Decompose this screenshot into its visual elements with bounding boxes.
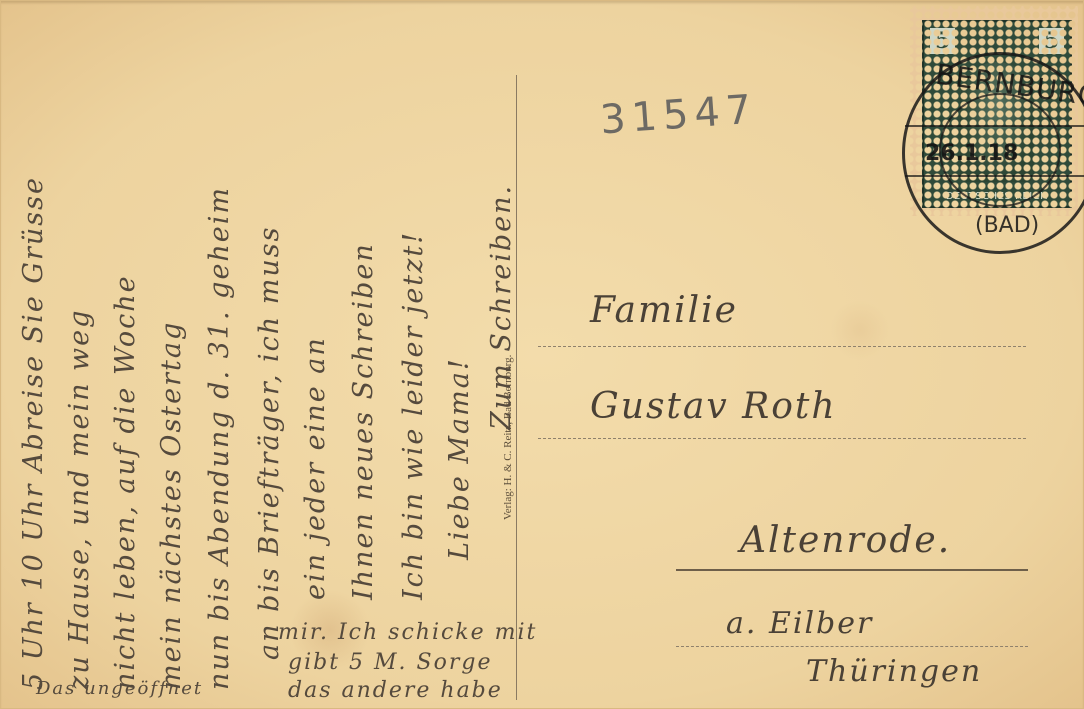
- address-rule: [538, 438, 1026, 439]
- message-footer-line: mir. Ich schicke mit: [278, 620, 537, 645]
- address-line-4: a. Eilber: [726, 606, 873, 641]
- message-footer-line: das andere habe: [288, 678, 503, 703]
- message-line: zu Hause, und mein weg: [64, 309, 95, 690]
- postmark-suffix: (BAD): [975, 213, 1039, 238]
- message-line: mein nächstes Ostertag: [156, 321, 187, 690]
- address-rule: [538, 346, 1026, 347]
- address-rule: [676, 646, 1028, 647]
- message-area: Zum Schreiben. Liebe Mama! Ich bin wie l…: [8, 0, 508, 709]
- message-line: Ihnen neues Schreiben: [348, 242, 379, 600]
- message-line: nun bis Abendung d. 31. geheim: [204, 186, 235, 690]
- postmark-bar: [905, 125, 1084, 127]
- postmark-bar: [905, 175, 1084, 177]
- message-line: Ich bin wie leider jetzt!: [398, 231, 429, 600]
- address-line-3: Altenrode.: [740, 520, 951, 561]
- message-footer-line: gibt 5 M. Sorge: [288, 650, 492, 675]
- postcard-back: Zum Schreiben. Liebe Mama! Ich bin wie l…: [0, 0, 1084, 709]
- publisher-imprint: Verlag: H. & C. Reitz, Bad Bernburg.: [502, 355, 514, 520]
- message-line: ein jeder eine an: [300, 336, 331, 600]
- message-line: nicht leben, auf die Woche: [110, 274, 141, 690]
- stamp-value-left: 5: [930, 28, 955, 54]
- message-line: Liebe Mama!: [444, 357, 475, 560]
- center-divider: [516, 75, 517, 700]
- address-line-5: Thüringen: [806, 654, 982, 689]
- postmark-date: 26.1.18: [925, 141, 1018, 166]
- address-line-1: Familie: [590, 290, 738, 331]
- pencil-number: 31547: [599, 87, 759, 144]
- address-rule-underline: [676, 569, 1028, 571]
- postmark: BERNBURG 26.1.18 (BAD): [902, 52, 1084, 254]
- address-line-2: Gustav Roth: [590, 386, 837, 427]
- margin-note: Das ungeöffnet: [36, 678, 203, 699]
- message-line: an bis Briefträger, ich muss: [254, 226, 285, 660]
- message-line: 5 Uhr 10 Uhr Abreise Sie Grüsse: [18, 176, 49, 690]
- stamp-value-right: 5: [1039, 28, 1064, 54]
